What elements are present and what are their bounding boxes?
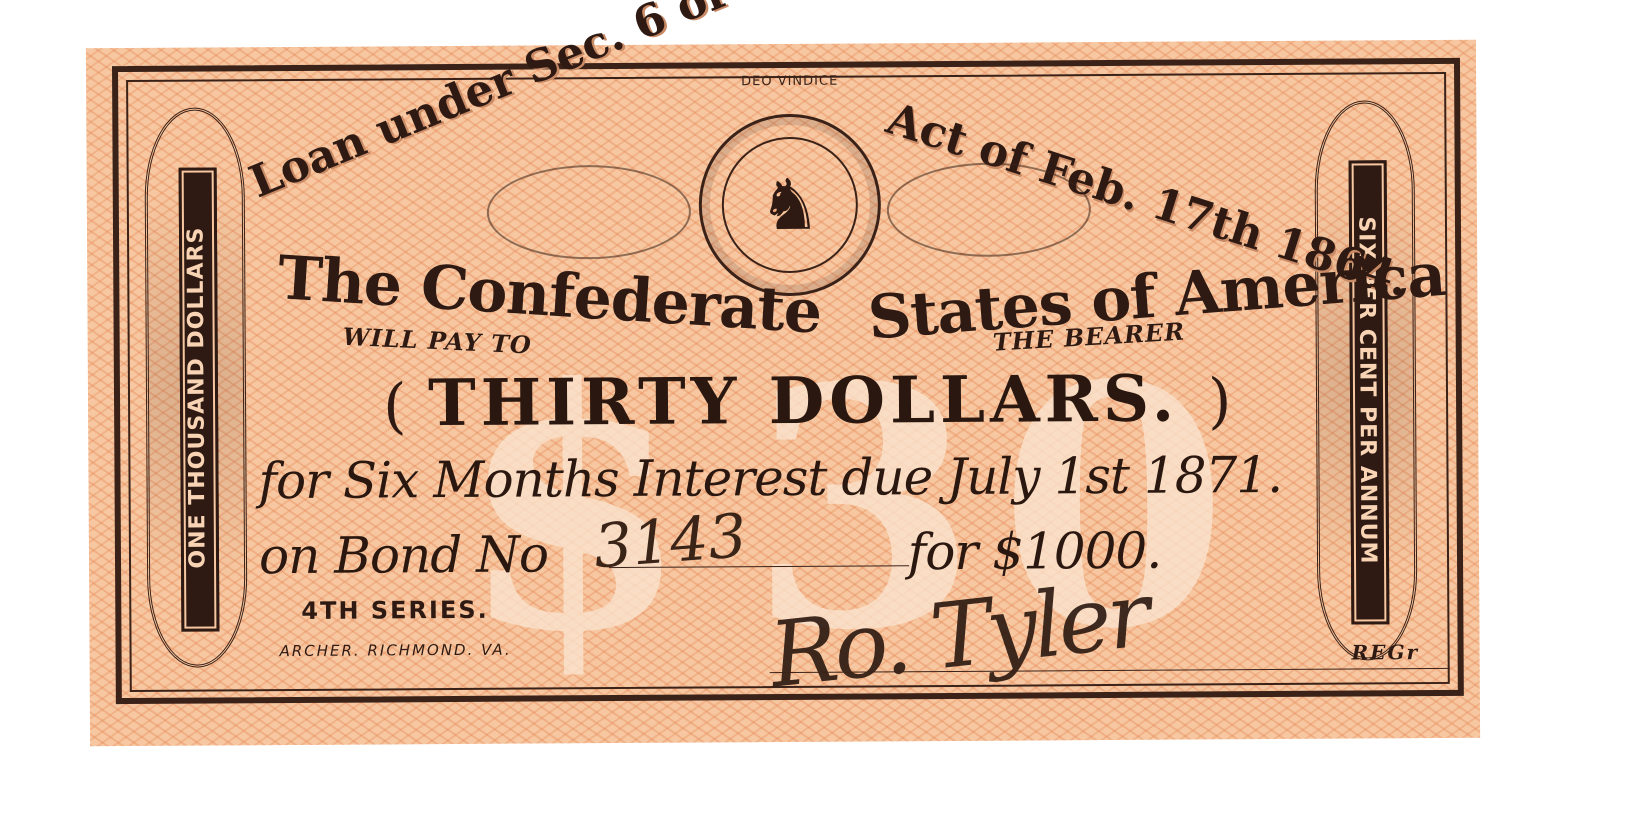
handwritten-bond-number: 3143 (591, 501, 749, 582)
right-ornamental-pillar: SIX PER CENT PER ANNUM (1314, 100, 1417, 661)
due-line: for Six Months Interest due July 1st 187… (258, 446, 1282, 510)
left-ornamental-pillar: ONE THOUSAND DOLLARS (144, 107, 247, 668)
bond-label: on Bond No (259, 525, 548, 585)
amount-text: THIRTY DOLLARS. (428, 362, 1179, 442)
confederate-coupon: $ 3 0 ONE THOUSAND DOLLARS SIX PER CENT … (86, 40, 1480, 746)
left-band-text: ONE THOUSAND DOLLARS (183, 227, 210, 569)
series-label: 4TH SERIES. (301, 596, 489, 625)
seal-motto: DEO VINDICE (741, 74, 838, 90)
horse-rider-icon: ♞ (758, 164, 821, 246)
bracket-left: ( (383, 371, 407, 441)
engraver-imprint: ARCHER. RICHMOND. VA. (280, 641, 512, 660)
bracket-right: ) (1208, 366, 1232, 436)
registrar-label: REGr (1352, 640, 1420, 664)
confederate-seal: ♞ (698, 113, 881, 296)
